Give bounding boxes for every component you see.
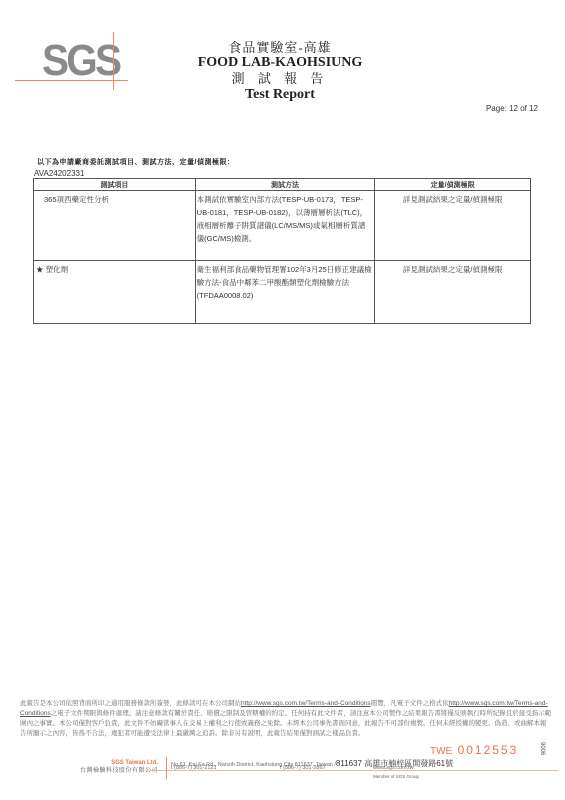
serial-number: TWE 0012553 <box>430 743 518 757</box>
lab-title-zh: 食品實驗室-高雄 <box>170 40 390 55</box>
page-number: Page: 12 of 12 <box>486 104 538 113</box>
sgs-logo: SGS <box>15 30 130 92</box>
lab-title-en: FOOD LAB-KAOHSIUNG <box>170 55 390 71</box>
footer-website[interactable]: www.sgs.com.tw <box>373 765 414 771</box>
disclaimer-text: 閱覽，凡電子文件之格式依 <box>371 700 449 707</box>
header-detection-limit: 定量/偵測極限 <box>375 179 531 191</box>
test-methods-table: 測試項目 測試方法 定量/偵測極限 365項西藥定性分析 本測試依實驗室內部方法… <box>33 178 531 324</box>
detection-limit: 詳見測試結果之定量/偵測極限 <box>375 191 531 261</box>
footer-fax: f (886-7) 301-2867 <box>280 765 326 771</box>
logo-horizontal-line <box>15 80 128 81</box>
intro-text: 以下為申請廠商委託測試項目、測試方法、定量/偵測極限： <box>37 157 234 167</box>
serial-prefix: TWE <box>430 746 452 757</box>
company-name-zh: 台灣檢驗科技股份有限公司 <box>60 767 158 776</box>
company-name-en: SGS Taiwan Ltd. <box>60 759 158 767</box>
report-header: 食品實驗室-高雄 FOOD LAB-KAOHSIUNG 測 試 報 告 Test… <box>170 40 390 103</box>
report-number: AVA24202331 <box>34 169 84 178</box>
test-item: 365項西藥定性分析 <box>34 191 196 261</box>
legal-disclaimer: 此報告是本公司依照背面所印之通用服務條款所簽發，此條款可在本公司網站http:/… <box>20 699 552 739</box>
test-item-label: 365項西藥定性分析 <box>44 195 109 204</box>
header-test-method: 測試方法 <box>195 179 375 191</box>
test-method: 本測試依實驗室內部方法(TESP-UB-0173，TESP-UB-0181，TE… <box>195 191 375 261</box>
star-icon: ★ <box>36 265 44 274</box>
test-method: 衛生福利部食品藥物管理署102年3月25日修正建議檢驗方法-食品中鄰苯二甲酸酯類… <box>195 261 375 324</box>
test-item: ★ 塑化劑 <box>34 261 196 324</box>
report-title-zh: 測 試 報 告 <box>170 71 390 86</box>
test-item-label: 塑化劑 <box>46 265 69 274</box>
detection-limit: 詳見測試結果之定量/偵測極限 <box>375 261 531 324</box>
serial-value: 0012553 <box>458 743 519 757</box>
table-row: ★ 塑化劑 衛生福利部食品藥物管理署102年3月25日修正建議檢驗方法-食品中鄰… <box>34 261 531 324</box>
logo-text: SGS <box>42 39 119 83</box>
disclaimer-text: 之電子文件期限與條件處理。請注意條款有關於責任、賠償之限制及管轄權的約定。任何持… <box>20 710 551 737</box>
report-title-en: Test Report <box>170 86 390 103</box>
table-row: 365項西藥定性分析 本測試依實驗室內部方法(TESP-UB-0173，TESP… <box>34 191 531 261</box>
terms-link[interactable]: http://www.sgs.com.tw/Terms-and-Conditio… <box>241 700 371 707</box>
footer-member: Member of SGS Group <box>373 774 419 779</box>
side-code: 9006 <box>539 742 545 755</box>
header-test-item: 測試項目 <box>34 179 196 191</box>
disclaimer-text: 此報告是本公司依照背面所印之通用服務條款所簽發，此條款可在本公司網站 <box>20 700 241 707</box>
footer-company: SGS Taiwan Ltd. 台灣檢驗科技股份有限公司 <box>60 759 158 776</box>
footer-phone: t (886-7) 301-2121 <box>171 765 217 771</box>
logo-vertical-line <box>113 32 114 90</box>
footer-divider-vertical <box>166 757 167 779</box>
table-header-row: 測試項目 測試方法 定量/偵測極限 <box>34 179 531 191</box>
